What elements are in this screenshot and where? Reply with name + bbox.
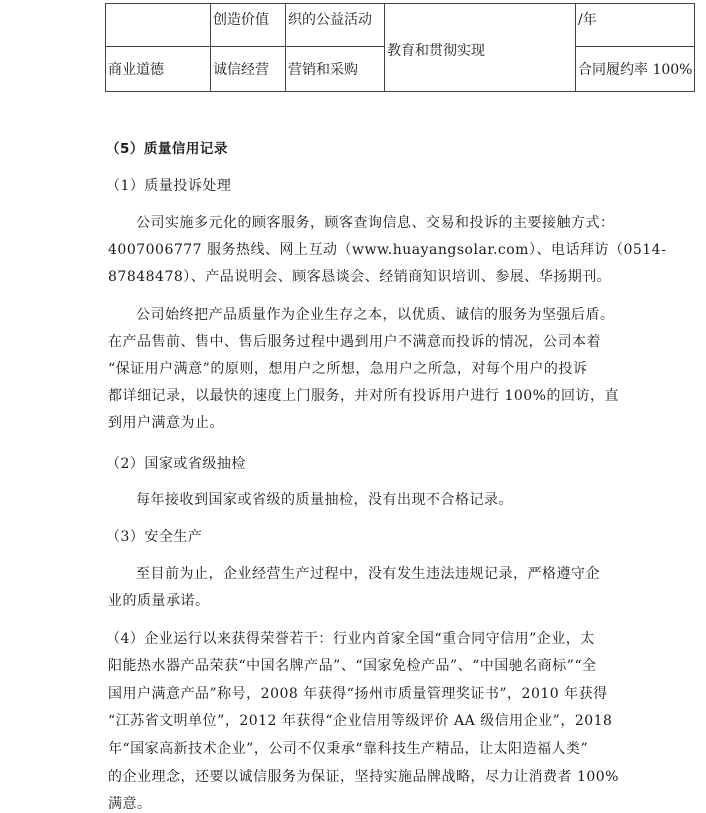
table-cell: 营销和采购 [286, 47, 385, 92]
paragraph-line: 至目前为止，企业经营生产过程中，没有发生违法违规记录，严格遵守企 [136, 565, 600, 583]
paragraph-line: 4007006777 服务热线、网上互动（www.huayangsolar.co… [108, 241, 666, 259]
subsection-title: （1）质量投诉处理 [106, 177, 231, 195]
paragraph-line: 业的质量承诺。 [108, 592, 210, 610]
table-cell: 创造价值 [211, 4, 286, 47]
table-cell-merged: 教育和贯彻实现 [385, 4, 576, 92]
paragraph-line: 公司始终把产品质量作为企业生存之本，以优质、诚信的服务为坚强后盾。 [136, 306, 615, 324]
paragraph-line: 公司实施多元化的顾客服务，顾客查询信息、交易和投诉的主要接触方式： [136, 214, 615, 232]
table-cell: 织的公益活动 [286, 4, 385, 47]
paragraph-line: 年“国家高新技术企业”，公司不仅秉承“靠科技生产精品，让太阳造福人类” [108, 740, 588, 758]
paragraph-line: “保证用户满意”的原则，想用户之所想，急用户之所急，对每个用户的投诉 [108, 360, 587, 378]
subsection-title: （3）安全生产 [106, 528, 202, 546]
paragraph-line: 在产品售前、售中、售后服务过程中遇到用户不满意而投诉的情况，公司本着 [108, 333, 601, 351]
paragraph-line: 87848478）、产品说明会、顾客恳谈会、经销商知识培训、参展、华扬期刊。 [108, 268, 611, 286]
paragraph-line: 满意。 [108, 795, 152, 813]
paragraph-line: 阳能热水器产品荣获“中国名牌产品”、“国家免检产品”、“中国驰名商标”“全 [108, 657, 597, 675]
table-cell: 商业道德 [106, 47, 211, 92]
paragraph-line: 都详细记录，以最快的速度上门服务，并对所有投诉用户进行 100%的回访，直 [108, 387, 619, 405]
paragraph-line: 国用户满意产品”称号，2008 年获得“扬州市质量管理奖证书”，2010 年获得 [108, 685, 608, 703]
table-cell: 诚信经营 [211, 47, 286, 92]
paragraph-line: 每年接收到国家或省级的质量抽检，没有出现不合格记录。 [136, 491, 513, 509]
values-table: 创造价值 织的公益活动 教育和贯彻实现 /年 商业道德 诚信经营 营销和采购 合… [105, 3, 695, 92]
paragraph-line: 到用户满意为止。 [108, 414, 224, 432]
table-cell: 合同履约率 100% [576, 47, 695, 92]
table-row: 创造价值 织的公益活动 教育和贯彻实现 /年 [106, 4, 695, 47]
paragraph-line: “江苏省文明单位”，2012 年获得“企业信用等级评价 AA 级信用企业”，20… [108, 712, 612, 730]
subsection-title: （2）国家或省级抽检 [106, 455, 246, 473]
paragraph-line: （4）企业运行以来获得荣誉若干：行业内首家全国“重合同守信用”企业，太 [106, 630, 595, 648]
section-heading: （5）质量信用记录 [106, 140, 228, 158]
table-cell [106, 4, 211, 47]
table-cell: /年 [576, 4, 695, 47]
paragraph-line: 的企业理念，还要以诚信服务为保证，坚持实施品牌战略，尽力让消费者 100% [108, 768, 619, 786]
